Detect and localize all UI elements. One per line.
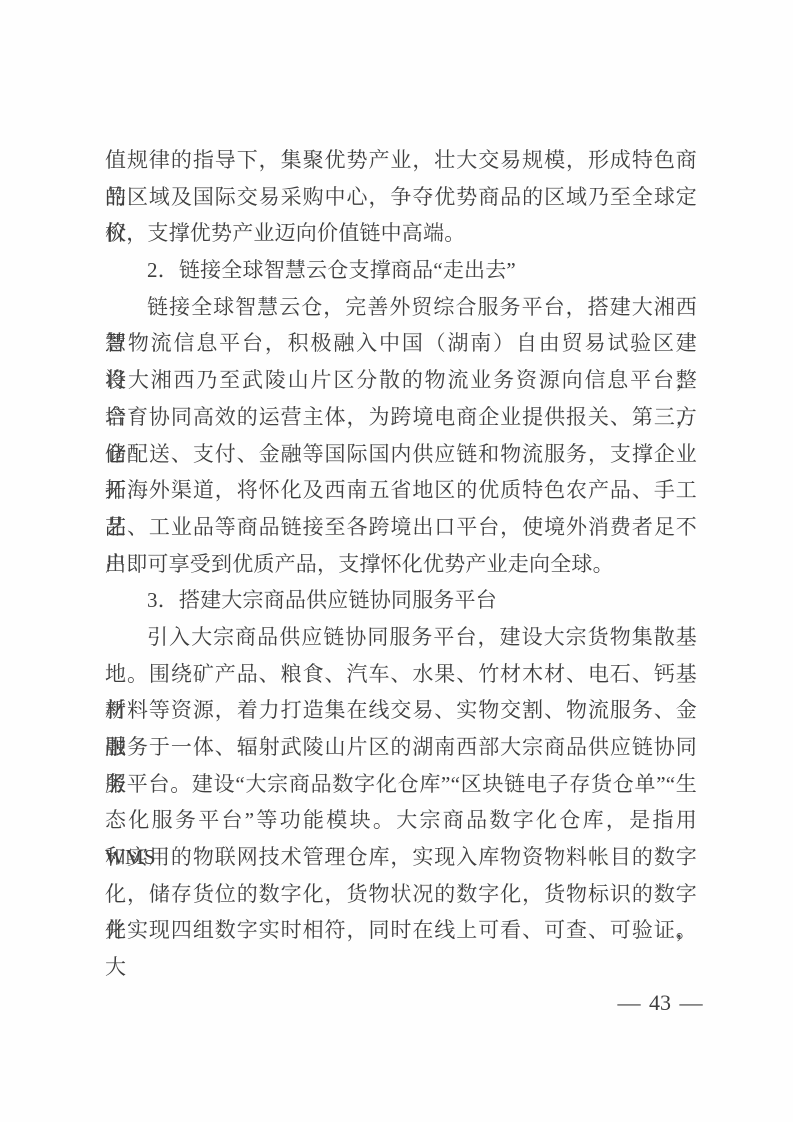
text-line: 和实用的物联网技术管理仓库，实现入库物资物料帐目的数字 [105,839,697,876]
text-line: 权，支撑优势产业迈向价值链中高端。 [105,215,697,252]
text-line: 将大湘西乃至武陵山片区分散的物流业务资源向信息平台整合， [105,362,697,399]
text-line: 拓海外渠道，将怀化及西南五省地区的优质特色农产品、手工艺 [105,472,697,509]
page-number-right-dash: — [679,990,702,1016]
page-number: — 43 — [618,990,702,1016]
text-line: 储配送、支付、金融等国际国内供应链和物流服务，支撑企业开 [105,436,697,473]
section-heading: 3．搭建大宗商品供应链协同服务平台 [105,582,697,619]
body-text-block: 值规律的指导下，集聚优势产业，壮大交易规模，形成特色商品的区域及国际交易采购中心… [105,142,697,949]
section-heading: 2．链接全球智慧云仓支撑商品“走出去” [105,252,697,289]
text-line: 品、工业品等商品链接至各跨境出口平台，使境外消费者足不出 [105,509,697,546]
text-line: 服务于一体、辐射武陵山片区的湖南西部大宗商品供应链协同服 [105,729,697,766]
document-page: 值规律的指导下，集聚优势产业，壮大交易规模，形成特色商品的区域及国际交易采购中心… [0,0,793,1122]
text-line: 链接全球智慧云仓，完善外贸综合服务平台，搭建大湘西智 [105,289,697,326]
text-line: 态化服务平台”等功能模块。大宗商品数字化仓库，是指用 WMS [105,802,697,839]
text-line: 户即可享受到优质产品，支撑怀化优势产业走向全球。 [105,546,697,583]
text-line: 材料等资源，着力打造集在线交易、实物交割、物流服务、金融 [105,692,697,729]
text-line: 并实现四组数字实时相符，同时在线上可看、可查、可验证。大 [105,912,697,949]
text-line: 地。围绕矿产品、粮食、汽车、水果、竹材木材、电石、钙基新 [105,656,697,693]
text-line: 化，储存货位的数字化，货物状况的数字化，货物标识的数字化， [105,876,697,913]
text-line: 引入大宗商品供应链协同服务平台，建设大宗货物集散基 [105,619,697,656]
page-number-left-dash: — [617,990,640,1016]
text-line: 培育协同高效的运营主体，为跨境电商企业提供报关、第三方仓 [105,399,697,436]
text-line: 慧物流信息平台，积极融入中国（湖南）自由贸易试验区建设， [105,325,697,362]
page-number-value: 43 [649,990,671,1016]
text-line: 的区域及国际交易采购中心，争夺优势商品的区域乃至全球定价 [105,179,697,216]
text-line: 值规律的指导下，集聚优势产业，壮大交易规模，形成特色商品 [105,142,697,179]
text-line: 务平台。建设“大宗商品数字化仓库”“区块链电子存货仓单”“生 [105,766,697,803]
